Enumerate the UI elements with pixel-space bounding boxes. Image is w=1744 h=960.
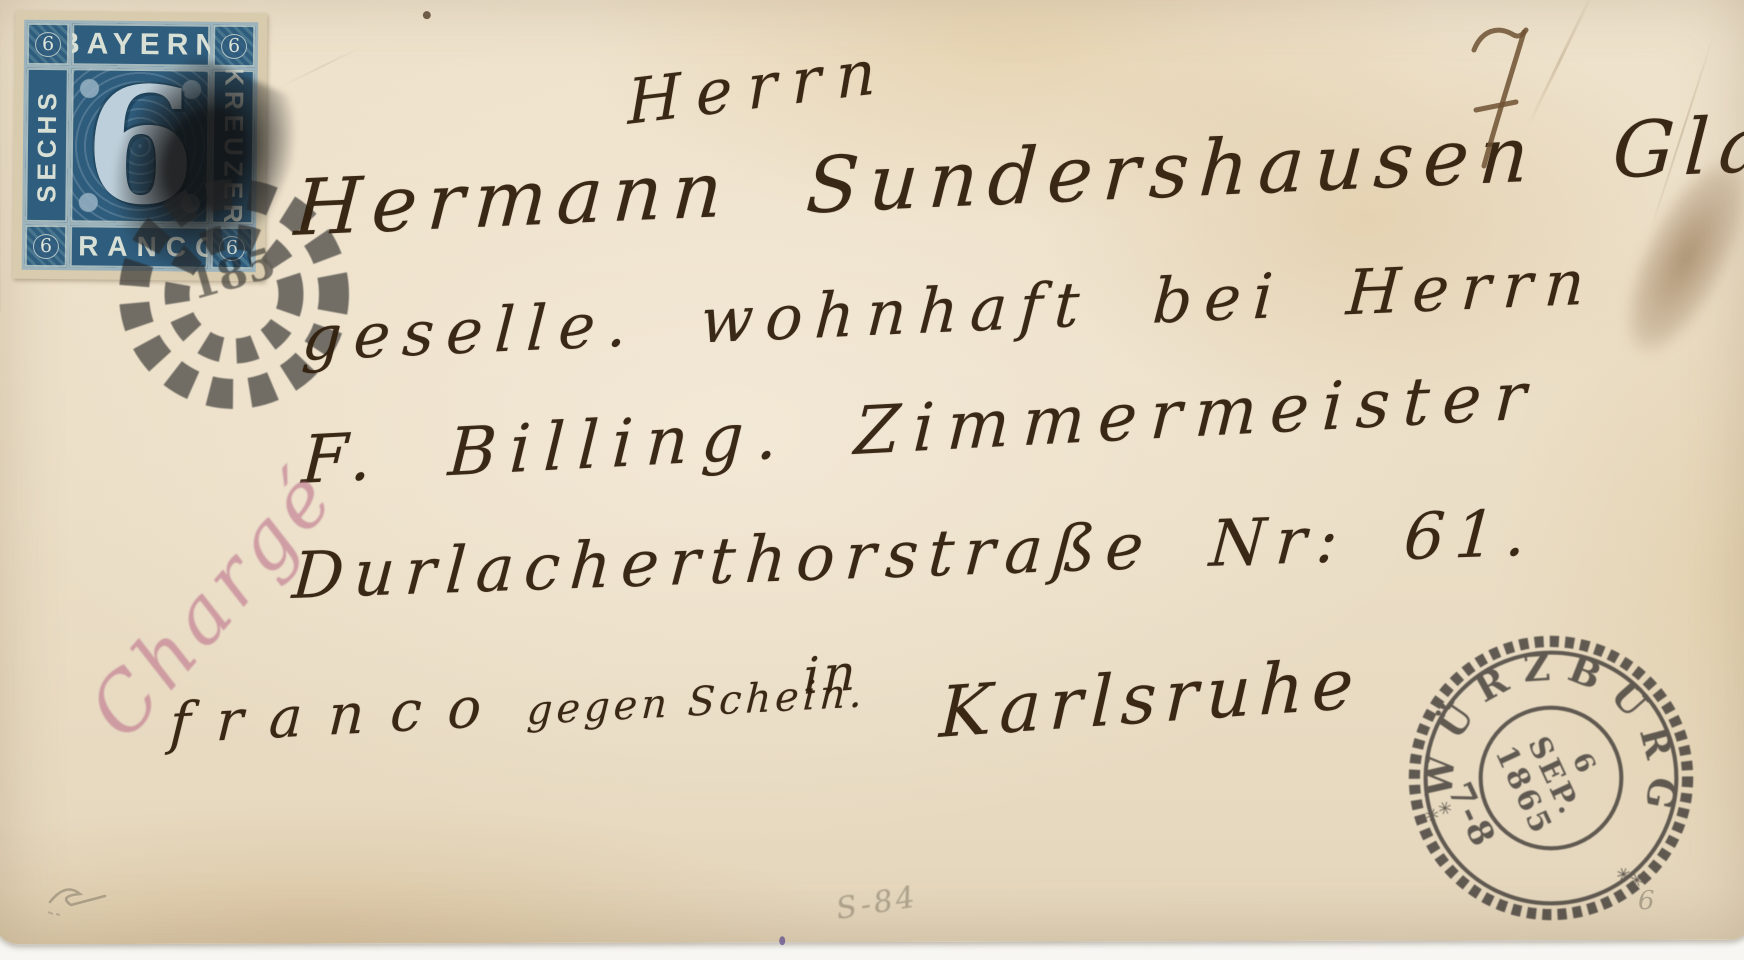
envelope-edge-shadow [0,0,2,312]
paper-crease [281,46,363,87]
ink-speck [779,936,785,945]
stamp-corner-numeral: 6 [33,233,59,258]
pencil-numeral: 6 [1638,886,1655,916]
ink-dot [423,11,431,19]
stamp-corner-value: 6 [213,25,255,67]
millwheel-number: 185 [183,238,281,309]
wurzburg-postmark: WÜRZBURG 6 SEP. 1865 7-8 ✳✳ ✳✳ [1398,620,1704,936]
pencil-scribble [44,868,130,920]
stamp-corner-numeral: 6 [35,31,61,56]
stamp-corner-value: 6 [25,225,67,267]
rate-numeral-7 [1452,16,1562,176]
stamp-corner-value: 6 [27,23,69,65]
stamp-corner-numeral: 6 [221,33,247,58]
stamp-left-text: SECHS [31,88,63,203]
stamp-left-label: SECHS [25,68,69,222]
